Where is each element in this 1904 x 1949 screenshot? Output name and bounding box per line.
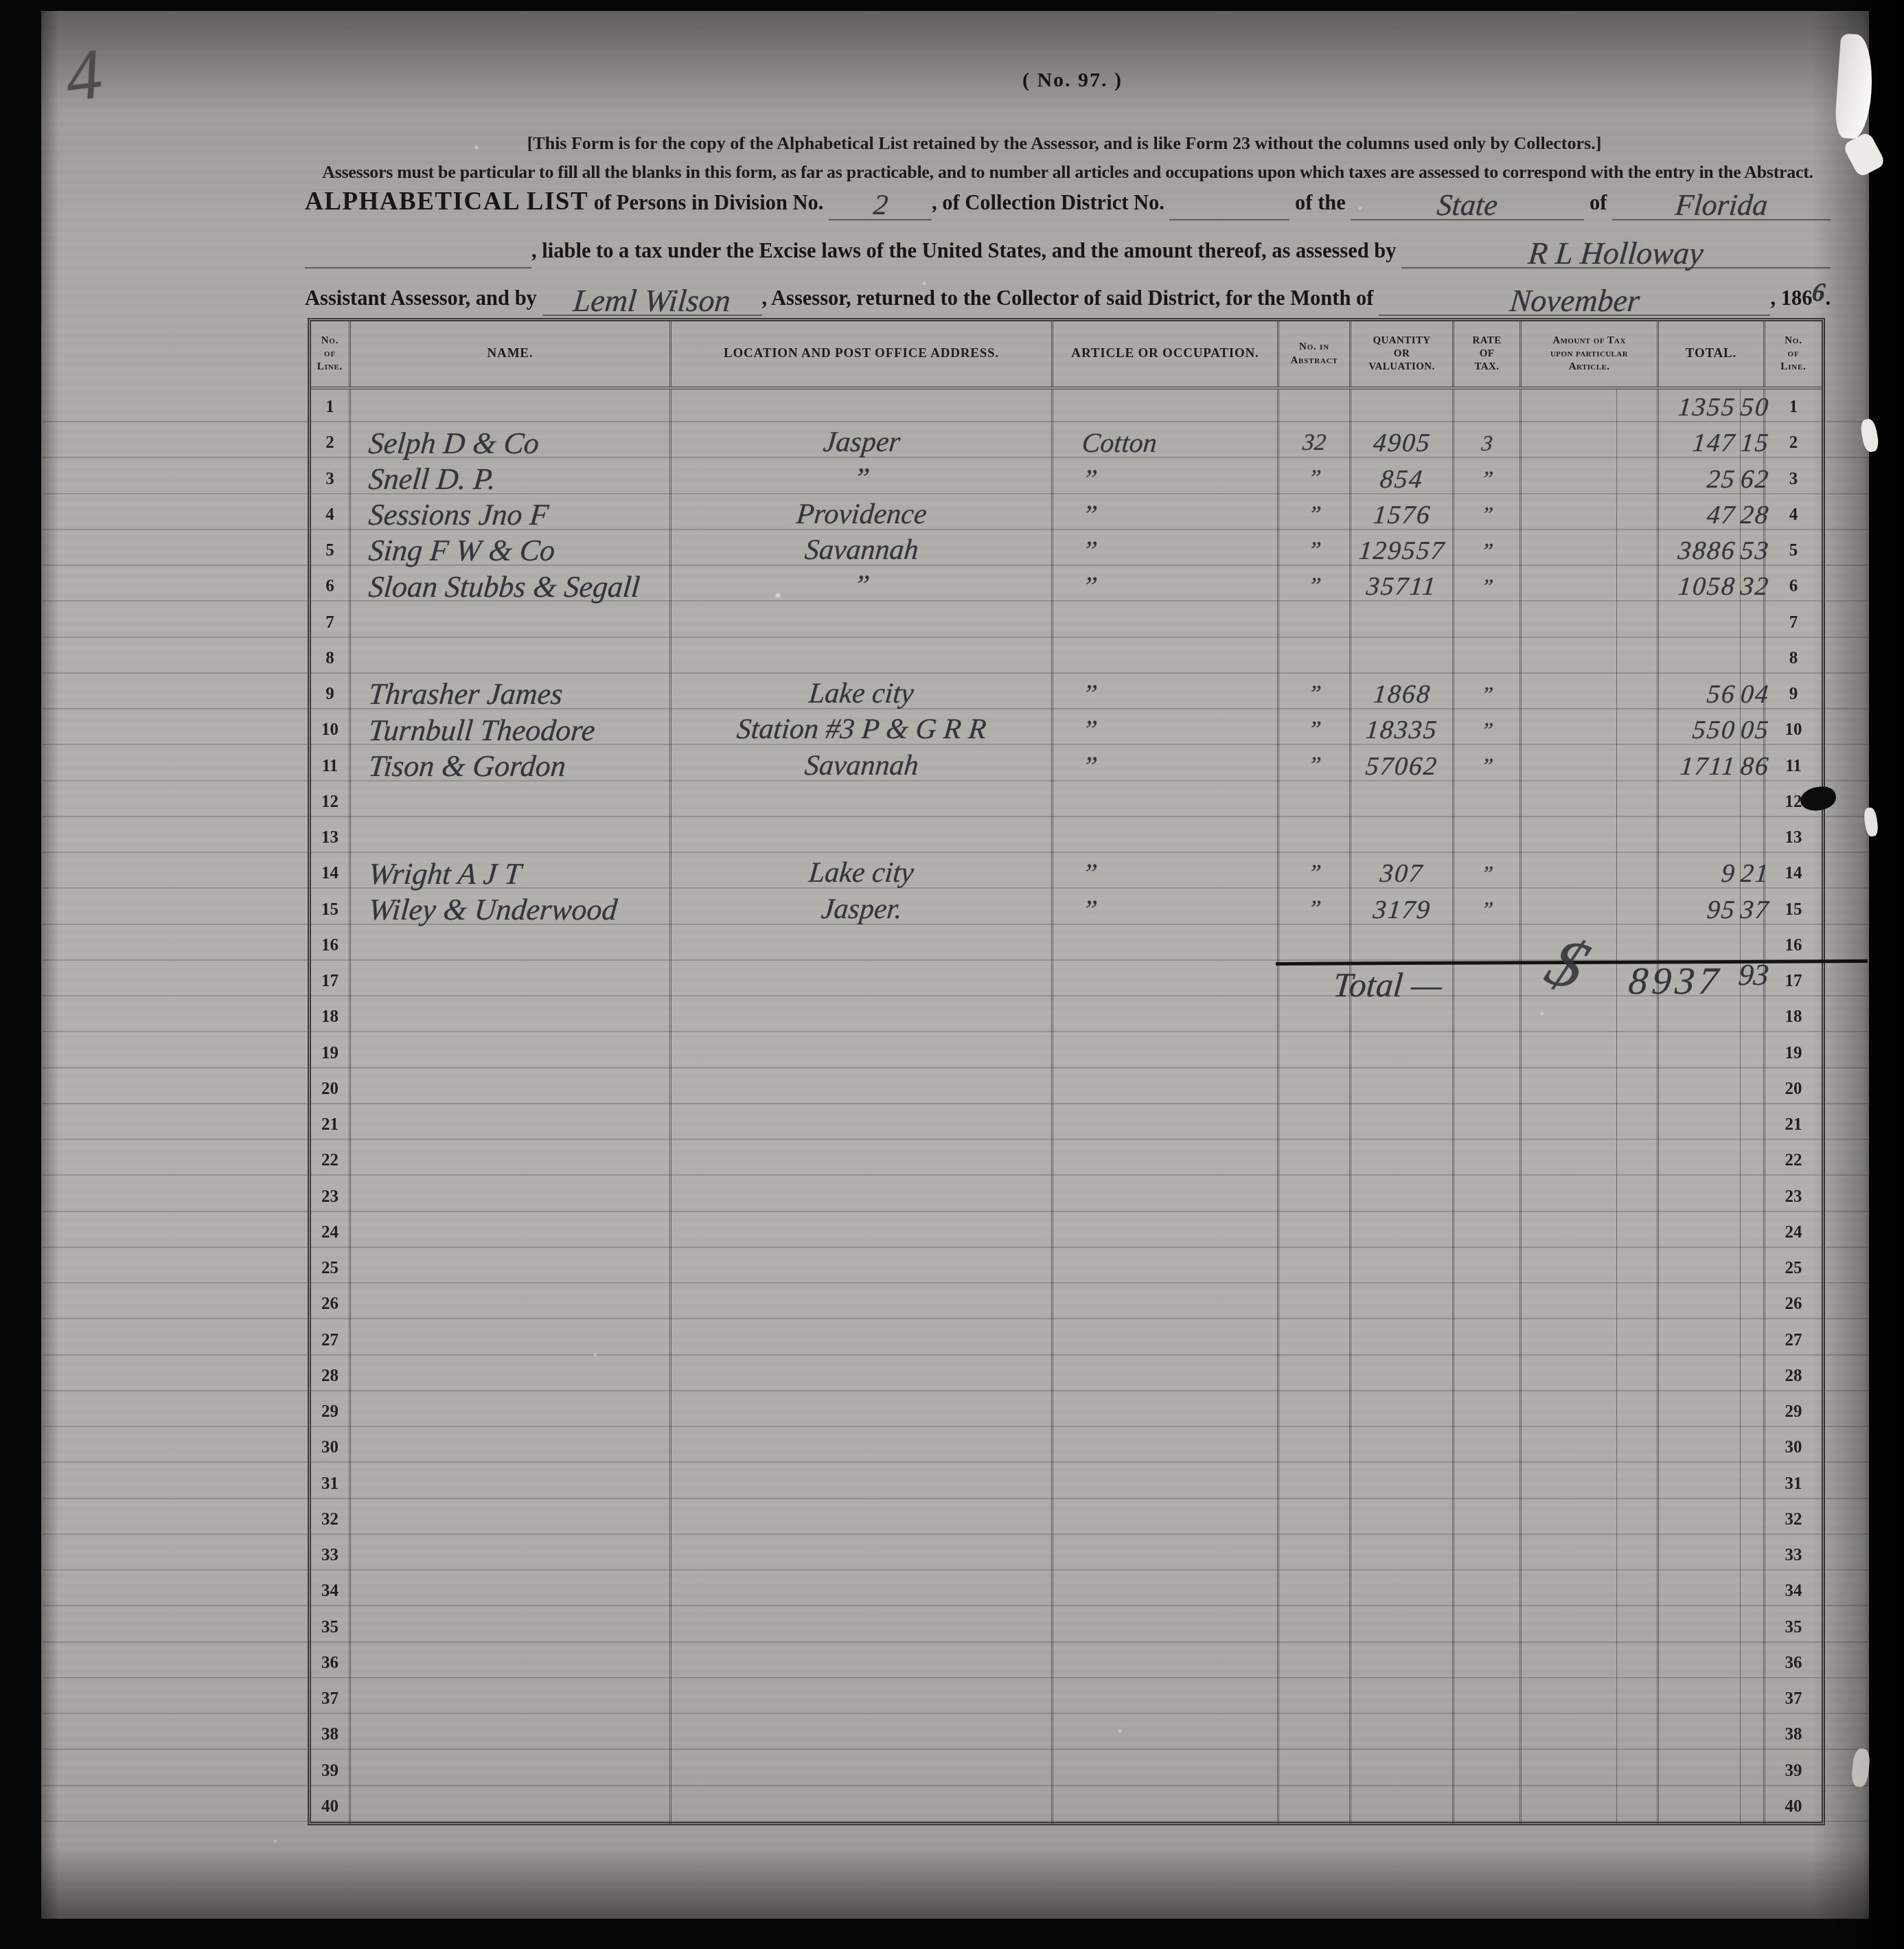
blank-lead-field — [305, 267, 531, 269]
table-row: 10 Turnbull Theodore Station #3 P & G R … — [311, 712, 1822, 748]
quantity-cell — [1349, 1502, 1452, 1538]
name-cell — [349, 1394, 669, 1430]
abstract-cell — [1277, 1179, 1349, 1215]
rate-cell — [1452, 928, 1519, 964]
article-cell: Cotton — [1051, 425, 1277, 461]
rate-cell — [1452, 1502, 1519, 1538]
article-cell — [1051, 389, 1277, 425]
location-cell — [669, 1610, 1051, 1645]
article-cell — [1051, 1107, 1277, 1143]
rate-cell — [1452, 1071, 1519, 1107]
line-number-left: 8 — [311, 641, 349, 676]
amount-cell — [1519, 1502, 1657, 1538]
amount-cell — [1519, 1107, 1657, 1143]
quantity-cell — [1349, 1538, 1452, 1573]
quantity-cell — [1349, 1215, 1452, 1251]
table-row: 6 Sloan Stubbs & Segall ” ” ” 35711 ” 10… — [311, 569, 1822, 604]
name-cell — [349, 1789, 669, 1825]
abstract-cell: ” — [1277, 569, 1349, 604]
article-cell — [1051, 1071, 1277, 1107]
abstract-cell — [1277, 1036, 1349, 1071]
location-cell — [669, 1394, 1051, 1430]
article-cell: ” — [1051, 856, 1277, 891]
quantity-cell — [1349, 1466, 1452, 1502]
amount-cell — [1519, 1394, 1657, 1430]
total-cell: 2562 — [1657, 461, 1763, 497]
article-cell: ” — [1051, 497, 1277, 533]
column-header-line-no-left: No. of Line. — [311, 321, 349, 387]
location-cell — [669, 1681, 1051, 1717]
amount-cell — [1519, 641, 1657, 676]
column-header-article: ARTICLE OR OCCUPATION. — [1051, 321, 1277, 387]
abstract-cell — [1277, 1502, 1349, 1538]
form-title: ALPHABETICAL LIST — [305, 187, 588, 220]
amount-cell — [1519, 1251, 1657, 1286]
line-number-left: 29 — [311, 1394, 349, 1430]
form-number: ( No. 97. ) — [994, 69, 1151, 92]
quantity-cell — [1349, 1323, 1452, 1358]
location-cell — [669, 1036, 1051, 1071]
line-number-left: 35 — [311, 1610, 349, 1645]
name-cell — [349, 389, 669, 425]
amount-cell — [1519, 892, 1657, 928]
amount-cell — [1519, 1071, 1657, 1107]
total-cell — [1657, 1610, 1763, 1645]
location-cell — [669, 1358, 1051, 1394]
total-cell — [1657, 820, 1763, 856]
grand-total-label: Total — — [1332, 970, 1443, 1001]
rate-cell: ” — [1452, 892, 1519, 928]
quantity-cell — [1349, 1610, 1452, 1645]
total-cell — [1657, 1215, 1763, 1251]
article-cell — [1051, 1466, 1277, 1502]
name-cell: Wiley & Underwood — [349, 892, 669, 928]
assessor-field: Leml Wilson — [542, 286, 762, 316]
quantity-cell — [1349, 1573, 1452, 1609]
abstract-cell — [1277, 1215, 1349, 1251]
quantity-cell: 18335 — [1349, 712, 1452, 748]
line-number-left: 17 — [311, 964, 349, 999]
total-cell — [1657, 1538, 1763, 1573]
quantity-cell — [1349, 1753, 1452, 1789]
instruction-bracket: [This Form is for the copy of the Alphab… — [481, 133, 1648, 154]
article-cell — [1051, 1573, 1277, 1609]
total-cell — [1657, 1681, 1763, 1717]
assessment-table: No. of Line. NAME. LOCATION AND POST OFF… — [308, 318, 1825, 1825]
scanned-document-page: 4 ( No. 97. ) [This Form is for the copy… — [0, 0, 1904, 1949]
table-row: 25 25 — [311, 1251, 1822, 1286]
line-number-left: 34 — [311, 1573, 349, 1609]
total-cell — [1657, 1466, 1763, 1502]
abstract-cell — [1277, 1681, 1349, 1717]
abstract-cell — [1277, 784, 1349, 820]
quantity-cell — [1349, 1430, 1452, 1466]
amount-cell — [1519, 1681, 1657, 1717]
table-row: 36 36 — [311, 1645, 1822, 1681]
abstract-cell — [1277, 1143, 1349, 1178]
rate-cell — [1452, 820, 1519, 856]
location-cell — [669, 1215, 1051, 1251]
abstract-cell: ” — [1277, 676, 1349, 712]
total-cell — [1657, 605, 1763, 641]
line-number-left: 21 — [311, 1107, 349, 1143]
grand-total-dollars: 8937 — [1627, 964, 1723, 999]
name-cell — [349, 999, 669, 1035]
column-header-amount: Amount of Tax upon particular Article. — [1519, 321, 1657, 387]
amount-cell — [1519, 712, 1657, 748]
table-row: 33 33 — [311, 1538, 1822, 1573]
form-title-line-3: Assistant Assessor, and by Leml Wilson ,… — [305, 286, 1831, 316]
article-cell — [1051, 1753, 1277, 1789]
total-cell — [1657, 1394, 1763, 1430]
location-cell: Lake city — [669, 856, 1051, 891]
total-cell: 171186 — [1657, 749, 1763, 784]
location-cell — [669, 641, 1051, 676]
amount-cell — [1519, 569, 1657, 604]
abstract-cell — [1277, 1717, 1349, 1753]
total-cell — [1657, 1717, 1763, 1753]
rate-cell — [1452, 1430, 1519, 1466]
abstract-cell — [1277, 1071, 1349, 1107]
amount-cell — [1519, 425, 1657, 461]
line-number-left: 9 — [311, 676, 349, 712]
table-row: 14 Wright A J T Lake city ” ” 307 ” 921 … — [311, 856, 1822, 891]
total-cell — [1657, 999, 1763, 1035]
name-cell — [349, 1502, 669, 1538]
rate-cell — [1452, 1573, 1519, 1609]
column-header-total: TOTAL. — [1657, 321, 1763, 387]
location-cell — [669, 928, 1051, 964]
article-cell — [1051, 964, 1277, 999]
name-cell: Wright A J T — [349, 856, 669, 891]
table-row: 30 30 — [311, 1430, 1822, 1466]
total-cell: 14715 — [1657, 425, 1763, 461]
name-cell — [349, 1323, 669, 1358]
rate-cell: ” — [1452, 749, 1519, 784]
name-cell — [349, 1358, 669, 1394]
rate-cell — [1452, 1107, 1519, 1143]
line-number-left: 25 — [311, 1251, 349, 1286]
line-number-left: 23 — [311, 1179, 349, 1215]
location-cell — [669, 1071, 1051, 1107]
name-cell — [349, 928, 669, 964]
line-number-left: 28 — [311, 1358, 349, 1394]
name-cell — [349, 1036, 669, 1071]
quantity-cell — [1349, 1394, 1452, 1430]
total-cell — [1657, 1107, 1763, 1143]
title-segment-of-the: of the — [1289, 191, 1351, 220]
article-cell: ” — [1051, 749, 1277, 784]
total-cell — [1657, 1430, 1763, 1466]
amount-cell — [1519, 1430, 1657, 1466]
name-cell — [349, 1573, 669, 1609]
name-cell — [349, 1610, 669, 1645]
abstract-cell — [1277, 389, 1349, 425]
table-row: 18 18 — [311, 999, 1822, 1035]
name-cell — [349, 1538, 669, 1573]
table-row: 2 Selph D & Co Jasper Cotton 32 4905 3 1… — [311, 425, 1822, 461]
name-cell — [349, 1251, 669, 1286]
table-body: 1 135550 1 2 Selph D & Co Jasper Cotton … — [311, 389, 1822, 1825]
location-cell — [669, 1466, 1051, 1502]
name-cell — [349, 1717, 669, 1753]
abstract-cell — [1277, 928, 1349, 964]
line-number-left: 6 — [311, 569, 349, 604]
total-cell — [1657, 1753, 1763, 1789]
rate-cell — [1452, 1645, 1519, 1681]
location-cell — [669, 1645, 1051, 1681]
name-cell — [349, 1143, 669, 1178]
assistant-assessor-field: R L Holloway — [1401, 239, 1831, 269]
total-cell: 921 — [1657, 856, 1763, 891]
abstract-cell — [1277, 1107, 1349, 1143]
total-cell — [1657, 1071, 1763, 1107]
title-segment-district: , of Collection District No. — [932, 191, 1169, 220]
quantity-cell — [1349, 1071, 1452, 1107]
location-cell — [669, 964, 1051, 999]
rate-cell — [1452, 1143, 1519, 1178]
line-number-left: 5 — [311, 533, 349, 569]
place-field: Florida — [1612, 192, 1831, 220]
location-cell: Jasper — [669, 425, 1051, 461]
rate-cell — [1452, 1538, 1519, 1573]
rate-cell — [1452, 1789, 1519, 1825]
table-row: 23 23 — [311, 1179, 1822, 1215]
article-cell: ” — [1051, 533, 1277, 569]
name-cell — [349, 1466, 669, 1502]
amount-cell — [1519, 1538, 1657, 1573]
amount-cell — [1519, 1358, 1657, 1394]
line-number-left: 33 — [311, 1538, 349, 1573]
table-row: 35 35 — [311, 1610, 1822, 1645]
total-cell: 55005 — [1657, 712, 1763, 748]
rate-cell — [1452, 1251, 1519, 1286]
amount-cell — [1519, 999, 1657, 1035]
quantity-cell — [1349, 784, 1452, 820]
location-cell — [669, 1717, 1051, 1753]
amount-cell — [1519, 1179, 1657, 1215]
quantity-cell — [1349, 1143, 1452, 1178]
amount-cell — [1519, 1323, 1657, 1358]
quantity-cell — [1349, 1107, 1452, 1143]
name-cell: Sloan Stubbs & Segall — [349, 569, 669, 604]
location-cell — [669, 1251, 1051, 1286]
abstract-cell — [1277, 1323, 1349, 1358]
title-segment-year: , 186 — [1770, 286, 1812, 316]
article-cell — [1051, 1717, 1277, 1753]
rate-cell — [1452, 1036, 1519, 1071]
abstract-cell: 32 — [1277, 425, 1349, 461]
quantity-cell: 3179 — [1349, 892, 1452, 928]
abstract-cell — [1277, 999, 1349, 1035]
article-cell — [1051, 928, 1277, 964]
amount-cell — [1519, 389, 1657, 425]
location-cell — [669, 1323, 1051, 1358]
name-cell — [349, 1645, 669, 1681]
abstract-cell — [1277, 1538, 1349, 1573]
line-number-left: 32 — [311, 1502, 349, 1538]
line-number-left: 11 — [311, 749, 349, 784]
location-cell: Savannah — [669, 533, 1051, 569]
form-title-line-1: ALPHABETICAL LIST of Persons in Division… — [305, 187, 1831, 220]
amount-cell — [1519, 784, 1657, 820]
amount-cell — [1519, 461, 1657, 497]
location-cell: Providence — [669, 497, 1051, 533]
location-cell — [669, 1789, 1051, 1825]
total-cell: 5604 — [1657, 676, 1763, 712]
table-row: 26 26 — [311, 1286, 1822, 1322]
abstract-cell: ” — [1277, 749, 1349, 784]
table-row: 32 32 — [311, 1502, 1822, 1538]
quantity-cell: 1868 — [1349, 676, 1452, 712]
abstract-cell — [1277, 1358, 1349, 1394]
amount-cell — [1519, 533, 1657, 569]
total-cell — [1657, 1251, 1763, 1286]
abstract-cell — [1277, 1286, 1349, 1322]
amount-cell — [1519, 1789, 1657, 1825]
rate-cell: 3 — [1452, 425, 1519, 461]
location-cell — [669, 605, 1051, 641]
article-cell — [1051, 605, 1277, 641]
name-cell: Sing F W & Co — [349, 533, 669, 569]
name-cell: Sessions Jno F — [349, 497, 669, 533]
quantity-cell — [1349, 999, 1452, 1035]
quantity-cell: 307 — [1349, 856, 1452, 891]
rate-cell: ” — [1452, 533, 1519, 569]
line-number-left: 14 — [311, 856, 349, 891]
scan-shadow-right — [1813, 0, 1904, 1949]
name-cell — [349, 641, 669, 676]
assessor-name: Leml Wilson — [572, 286, 731, 315]
abstract-cell — [1277, 641, 1349, 676]
quantity-cell: 129557 — [1349, 533, 1452, 569]
amount-cell — [1519, 1466, 1657, 1502]
abstract-cell — [1277, 1645, 1349, 1681]
location-cell: Jasper. — [669, 892, 1051, 928]
table-row: 3 Snell D. P. ” ” ” 854 ” 2562 3 — [311, 461, 1822, 497]
article-cell — [1051, 1430, 1277, 1466]
table-row: 1 135550 1 — [311, 389, 1822, 425]
table-row: 38 38 — [311, 1717, 1822, 1753]
table-row: 27 27 — [311, 1323, 1822, 1358]
name-cell: Turnbull Theodore — [349, 712, 669, 748]
rate-cell — [1452, 1179, 1519, 1215]
table-row: 8 8 — [311, 641, 1822, 676]
line-number-left: 4 — [311, 497, 349, 533]
title-segment-of: of — [1584, 191, 1612, 220]
table-row: 31 31 — [311, 1466, 1822, 1502]
line-number-left: 18 — [311, 999, 349, 1035]
total-cell — [1657, 1645, 1763, 1681]
article-cell — [1051, 641, 1277, 676]
name-cell — [349, 1179, 669, 1215]
rate-cell — [1452, 641, 1519, 676]
quantity-cell — [1349, 1681, 1452, 1717]
quantity-cell — [1349, 1717, 1452, 1753]
line-number-left: 19 — [311, 1036, 349, 1071]
line-number-left: 24 — [311, 1215, 349, 1251]
name-cell — [349, 820, 669, 856]
total-cell — [1657, 1286, 1763, 1322]
scan-shadow-bottom — [41, 1847, 1869, 1919]
amount-cell — [1519, 1610, 1657, 1645]
abstract-cell: ” — [1277, 712, 1349, 748]
amount-cell — [1519, 1215, 1657, 1251]
title-segment-persons: of Persons in Division No. — [588, 191, 829, 220]
location-cell — [669, 820, 1051, 856]
article-cell — [1051, 999, 1277, 1035]
article-cell — [1051, 1538, 1277, 1573]
quantity-cell: 57062 — [1349, 749, 1452, 784]
location-cell — [669, 389, 1051, 425]
name-cell: Tison & Gordon — [349, 749, 669, 784]
article-cell — [1051, 1323, 1277, 1358]
line-number-left: 1 — [311, 389, 349, 425]
table-row: 11 Tison & Gordon Savannah ” ” 57062 ” 1… — [311, 749, 1822, 784]
rate-cell: ” — [1452, 569, 1519, 604]
rate-cell — [1452, 1215, 1519, 1251]
table-row: 9 Thrasher James Lake city ” ” 1868 ” 56… — [311, 676, 1822, 712]
rate-cell — [1452, 1323, 1519, 1358]
total-cell: 105832 — [1657, 569, 1763, 604]
title-segment-assistant: Assistant Assessor, and by — [305, 286, 542, 316]
amount-cell — [1519, 1753, 1657, 1789]
total-cell — [1657, 1502, 1763, 1538]
table-row: 40 40 — [311, 1789, 1822, 1825]
location-cell — [669, 1430, 1051, 1466]
total-cell — [1657, 1036, 1763, 1071]
quantity-cell — [1349, 1645, 1452, 1681]
name-cell: Thrasher James — [349, 676, 669, 712]
article-cell — [1051, 1251, 1277, 1286]
district-number-field — [1169, 219, 1289, 220]
quantity-cell: 4905 — [1349, 425, 1452, 461]
location-cell — [669, 999, 1051, 1035]
table-row: 19 19 — [311, 1036, 1822, 1071]
article-cell — [1051, 1502, 1277, 1538]
place-value: Florida — [1674, 192, 1769, 219]
rate-cell: ” — [1452, 712, 1519, 748]
line-number-left: 16 — [311, 928, 349, 964]
title-segment-liable: , liable to a tax under the Excise laws … — [531, 239, 1401, 269]
location-cell — [669, 1179, 1051, 1215]
quantity-cell — [1349, 641, 1452, 676]
total-cell — [1657, 1143, 1763, 1178]
quantity-cell: 1576 — [1349, 497, 1452, 533]
abstract-cell — [1277, 605, 1349, 641]
location-cell — [669, 1143, 1051, 1178]
total-cell: 9537 — [1657, 892, 1763, 928]
location-cell — [669, 784, 1051, 820]
line-number-left: 10 — [311, 712, 349, 748]
rate-cell: ” — [1452, 856, 1519, 891]
line-number-left: 27 — [311, 1323, 349, 1358]
abstract-cell: ” — [1277, 461, 1349, 497]
assistant-assessor-name: R L Holloway — [1527, 239, 1704, 267]
article-cell — [1051, 1610, 1277, 1645]
name-cell — [349, 1430, 669, 1466]
quantity-cell — [1349, 605, 1452, 641]
table-row: 13 13 — [311, 820, 1822, 856]
abstract-cell — [1277, 1430, 1349, 1466]
amount-cell — [1519, 1645, 1657, 1681]
line-number-left: 3 — [311, 461, 349, 497]
total-cell — [1657, 1573, 1763, 1609]
article-cell: ” — [1051, 676, 1277, 712]
division-number-field: 2 — [829, 193, 932, 220]
entity-value: State — [1436, 192, 1499, 219]
location-cell — [669, 1753, 1051, 1789]
